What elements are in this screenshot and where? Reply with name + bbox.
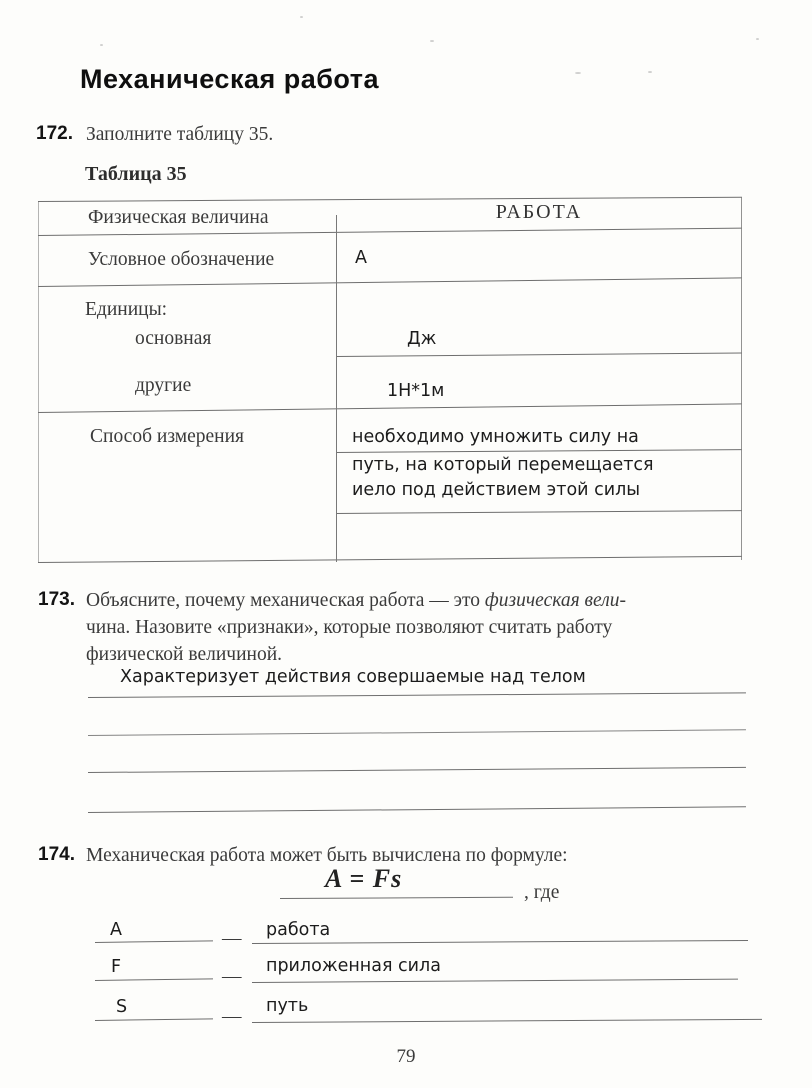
- exercise-172-number: 172.: [36, 123, 73, 145]
- table-cell-line-method-1: [336, 449, 742, 453]
- answer-line: [88, 806, 746, 813]
- scan-speckle: [648, 71, 652, 73]
- definition-meaning: путь: [266, 996, 308, 1016]
- statement-italic: физическая вели-: [485, 590, 626, 611]
- formula-answer: A = Fs: [325, 864, 402, 894]
- table-row-line-2: [38, 277, 742, 287]
- definition-dash: —: [222, 963, 242, 990]
- table-row4-answer-line3: иело под действием этой силы: [352, 480, 640, 500]
- table-column-divider: [336, 215, 337, 562]
- definition-symbol: S: [116, 997, 127, 1017]
- table-row4-label: Способ измерения: [90, 423, 244, 450]
- exercise-173-number: 173.: [38, 589, 75, 611]
- table-row1-label: Физическая величина: [88, 204, 269, 231]
- scan-speckle: [756, 38, 759, 40]
- table-cell-line-dzh: [336, 352, 742, 357]
- scan-speckle: [300, 16, 303, 18]
- table-row4-answer-line2: путь, на который перемещается: [352, 455, 654, 475]
- exercise-172-statement: Заполните таблицу 35.: [86, 121, 273, 148]
- meaning-line: [252, 979, 738, 983]
- answer-line: [88, 729, 746, 736]
- formula-suffix: , где: [524, 879, 559, 906]
- exercise-173-statement-line3: физической величиной.: [86, 641, 282, 668]
- table-row3-sub2-label: другие: [135, 372, 191, 399]
- table-row3-sub1-answer: Дж: [407, 329, 436, 349]
- formula-line: [280, 897, 513, 899]
- table-row2-label: Условное обозначение: [88, 246, 274, 273]
- meaning-line: [252, 1019, 762, 1023]
- exercise-174-number: 174.: [38, 844, 75, 866]
- statement-normal: Объясните, почему механическая работа — …: [86, 590, 485, 611]
- table-row-line-3: [38, 403, 742, 413]
- exercise-173-statement-line2: чина. Назовите «признаки», которые позво…: [86, 614, 612, 641]
- symbol-line: [95, 940, 213, 943]
- symbol-line: [95, 1018, 213, 1021]
- table-35-caption: Таблица 35: [85, 163, 187, 186]
- definition-meaning: приложенная сила: [266, 956, 441, 976]
- answer-line: [88, 692, 746, 698]
- table-row3-label: Единицы:: [85, 296, 167, 323]
- workbook-page: Механическая работа 172. Заполните табли…: [0, 0, 812, 1088]
- table-border-bottom: [38, 556, 742, 563]
- table-border-right: [741, 197, 742, 560]
- table-35: Физическая величина Условное обозначение…: [38, 197, 742, 563]
- exercise-173-answer: Характеризует действия совершаемые над т…: [120, 667, 586, 687]
- definition-dash: —: [222, 1003, 242, 1030]
- definition-meaning: работа: [266, 920, 330, 940]
- table-row4-answer-line1: необходимо умножить силу на: [352, 427, 639, 447]
- exercise-173-statement-line1: Объясните, почему механическая работа — …: [86, 587, 751, 614]
- scan-speckle: [430, 40, 434, 42]
- table-row3-sub2-answer: 1Н*1м: [387, 381, 444, 401]
- definition-dash: —: [222, 925, 242, 952]
- table-row1-value: РАБОТА: [336, 201, 742, 224]
- symbol-line: [95, 978, 213, 981]
- table-border-left: [38, 202, 39, 562]
- table-row2-answer: А: [355, 248, 367, 268]
- definition-symbol: F: [111, 957, 121, 977]
- page-number: 79: [0, 1046, 812, 1068]
- answer-line: [88, 767, 746, 773]
- scan-speckle: [100, 44, 103, 46]
- page-title: Механическая работа: [80, 64, 379, 95]
- definition-symbol: A: [110, 920, 122, 940]
- meaning-line: [252, 940, 748, 944]
- scan-speckle: [575, 72, 581, 74]
- table-cell-line-method-2: [336, 510, 742, 514]
- table-row3-sub1-label: основная: [135, 325, 211, 352]
